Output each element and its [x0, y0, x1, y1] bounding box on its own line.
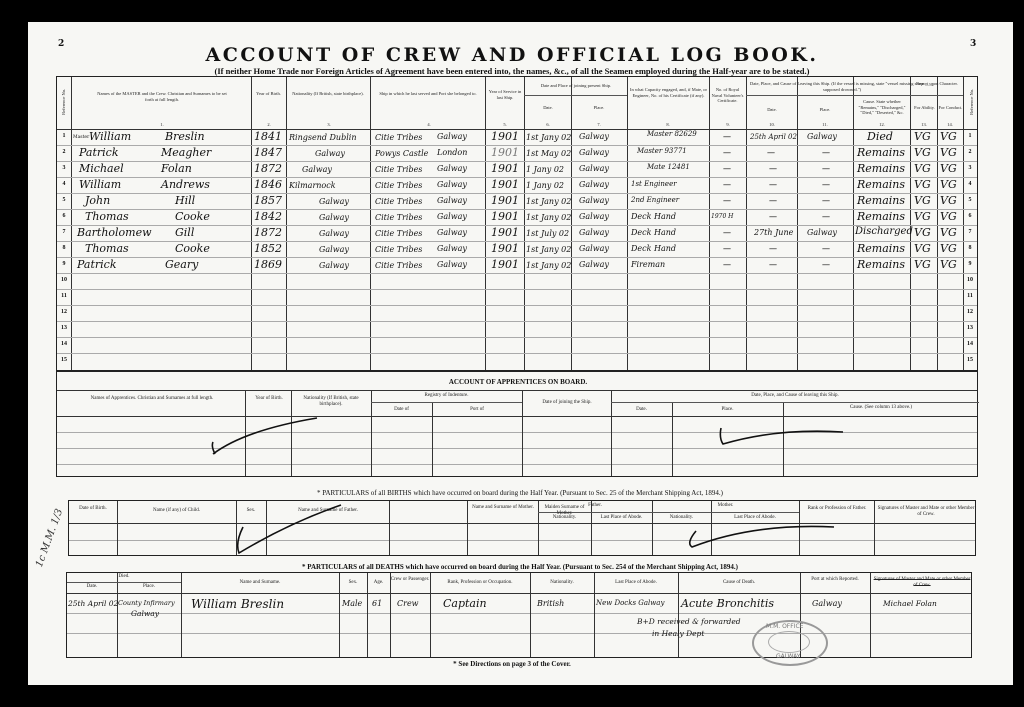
ability-rating: VG — [914, 178, 931, 191]
first-name: Bartholomew — [77, 226, 152, 239]
nationality: Galway — [319, 245, 349, 254]
row-number: 6 — [965, 213, 975, 219]
cause: Discharged — [855, 226, 913, 237]
rnr-number: — — [723, 196, 731, 205]
join-place: Galway — [579, 148, 609, 157]
capacity: Mate 12481 — [647, 163, 690, 171]
row-number: 1 — [59, 133, 69, 139]
join-date: 1st May 02 — [526, 149, 571, 158]
header-birth-date: Date of Birth. — [71, 506, 115, 512]
header-father-rank: Rank or Profession of Father. — [801, 506, 873, 512]
row-number: 11 — [59, 293, 69, 299]
births-table: Date of Birth. Name (if any) of Child. S… — [68, 500, 976, 556]
header-mother-group: Mother. — [652, 503, 799, 509]
year-of-service: 1901 — [491, 146, 519, 159]
cause: Remains — [857, 162, 905, 175]
conduct-rating: VG — [940, 130, 957, 143]
row-number: 4 — [965, 181, 975, 187]
cause: Remains — [857, 194, 905, 207]
header-death-nationality: Nationality. — [530, 580, 594, 586]
crew-or-passenger: Crew — [397, 599, 419, 608]
leave-place: — — [822, 148, 830, 157]
leave-date: — — [769, 260, 777, 269]
cause: Remains — [857, 242, 905, 255]
rnr-number: 1970 H — [711, 213, 733, 220]
death-cause: Acute Bronchitis — [681, 597, 774, 610]
ability-rating: VG — [914, 210, 931, 223]
join-date: 1st Jany 02 — [526, 133, 571, 142]
cancel-stroke-icon — [717, 424, 847, 448]
port: Galway — [437, 244, 467, 253]
nationality: Galway — [315, 149, 345, 158]
join-place: Galway — [579, 212, 609, 221]
row-number: 14 — [965, 341, 975, 347]
year-of-birth: 1857 — [254, 194, 282, 207]
row-number: 2 — [59, 149, 69, 155]
header-names: Names of the MASTER and the Crew. Christ… — [97, 91, 227, 102]
year-of-birth: 1842 — [254, 210, 282, 223]
join-place: Galway — [579, 228, 609, 237]
first-name: John — [85, 194, 110, 207]
header-death-age: Age. — [367, 580, 390, 586]
row-number: 6 — [59, 213, 69, 219]
year-of-service: 1901 — [491, 178, 519, 191]
port: Galway — [437, 132, 467, 141]
header-ability: For Ability. — [912, 105, 937, 111]
death-date: 25th April 02 — [68, 599, 118, 608]
surname: Breslin — [165, 130, 205, 143]
col-number: 6. — [538, 122, 558, 128]
leave-date: 27th June — [754, 228, 793, 237]
header-father-abode: Last Place of Abode. — [591, 515, 652, 521]
conduct-rating: VG — [940, 146, 957, 159]
port: Galway — [437, 228, 467, 237]
year-of-service: 1901 — [491, 210, 519, 223]
join-place: Galway — [579, 260, 609, 269]
surname: Gill — [175, 226, 194, 239]
stamp-bottom-text: GALWAY — [776, 653, 800, 660]
header-apprentice-joining: Date of joining the Ship. — [524, 400, 610, 406]
annotation: B+D received & forwarded — [637, 617, 741, 626]
row-number: 2 — [965, 149, 975, 155]
conduct-rating: VG — [940, 210, 957, 223]
death-place: County Infirmary — [118, 599, 175, 607]
capacity: Deck Hand — [631, 228, 676, 237]
header-death-name: Name and Surname. — [181, 580, 339, 586]
header-death-place: Place. — [117, 584, 181, 590]
row-number: 5 — [965, 197, 975, 203]
leave-date: — — [769, 212, 777, 221]
row-number: 5 — [59, 197, 69, 203]
conduct-rating: VG — [940, 242, 957, 255]
death-port: Galway — [812, 599, 842, 608]
port: Galway — [437, 212, 467, 221]
join-date: 1 Jany 02 — [526, 181, 564, 190]
row-number: 10 — [59, 277, 69, 283]
first-name: Thomas — [85, 210, 129, 223]
leave-date: — — [769, 196, 777, 205]
capacity: Fireman — [631, 260, 665, 269]
header-father-nationality: Nationality. — [538, 515, 591, 521]
leave-place: — — [822, 260, 830, 269]
row-number: 13 — [965, 325, 975, 331]
join-date: 1st Jany 02 — [526, 213, 571, 222]
port: Galway — [437, 196, 467, 205]
last-ship: Citie Tribes — [375, 197, 422, 206]
deceased-sex: Male — [342, 599, 362, 608]
surname: Folan — [161, 162, 192, 175]
footer-note: * See Directions on page 3 of the Cover. — [0, 660, 1024, 668]
first-name: Patrick — [77, 258, 117, 271]
header-registry: Registry of Indenture. — [371, 393, 522, 399]
rnr-number: — — [723, 244, 731, 253]
header-apprentice-leave-place: Place. — [672, 407, 783, 413]
apprentices-table: ACCOUNT OF APPRENTICES ON BOARD. Names o… — [56, 371, 978, 477]
capacity: Deck Hand — [631, 244, 676, 253]
row-number: 15 — [965, 357, 975, 363]
last-ship: Citie Tribes — [375, 213, 422, 222]
rnr-number: — — [723, 228, 731, 237]
leave-place: — — [822, 244, 830, 253]
rnr-number: — — [723, 132, 731, 141]
deceased-age: 61 — [372, 599, 382, 608]
join-date: 1st Jany 02 — [526, 197, 571, 206]
conduct-rating: VG — [940, 194, 957, 207]
col-number: 10. — [762, 122, 782, 128]
col-number: 11. — [815, 122, 835, 128]
row-number: 12 — [59, 309, 69, 315]
year-of-service: 1901 — [491, 226, 519, 239]
first-name: William — [79, 178, 121, 191]
header-reg-date: Date of — [371, 407, 432, 413]
conduct-rating: VG — [940, 226, 957, 239]
header-father-group: Father. — [538, 503, 652, 509]
header-join-place: Place. — [573, 105, 625, 111]
header-joining-group: Date and Place of joining present Ship. — [527, 83, 625, 89]
surname: Cooke — [175, 242, 210, 255]
year-of-service: 1901 — [491, 130, 519, 143]
header-cause: Cause. State whether "Remains," "Dischar… — [855, 99, 909, 116]
deceased-abode: New Docks Galway — [596, 599, 664, 607]
cause: Remains — [857, 146, 905, 159]
join-date: 1 Jany 02 — [526, 165, 564, 174]
leave-date: — — [769, 164, 777, 173]
leave-date: 25th April 02 — [750, 133, 797, 141]
header-death-date: Date. — [67, 584, 117, 590]
deceased-nationality: British — [537, 599, 564, 608]
header-apprentice-names: Names of Apprentices. Christian and Surn… — [67, 396, 237, 402]
col-number: 7. — [589, 122, 609, 128]
row-number: 7 — [59, 229, 69, 235]
conduct-rating: VG — [940, 162, 957, 175]
header-rnr: No. of Royal Naval Volunteer's Certifica… — [710, 87, 745, 104]
join-place: Galway — [579, 196, 609, 205]
rnr-number: — — [723, 148, 731, 157]
join-place: Galway — [579, 180, 609, 189]
row-number: 8 — [59, 245, 69, 251]
header-conduct: For Conduct. — [938, 105, 963, 111]
last-ship: Citie Tribes — [375, 181, 422, 190]
header-nationality: Nationality (If British, state birthplac… — [289, 91, 367, 97]
row-number: 15 — [59, 357, 69, 363]
year-of-birth: 1869 — [254, 258, 282, 271]
header-last-ship: Ship in which he last served and Port sh… — [375, 91, 481, 97]
header-death-cause: Cause of Death. — [678, 580, 800, 586]
cause: Died — [867, 130, 893, 143]
capacity: 1st Engineer — [631, 180, 677, 188]
cause: Remains — [857, 258, 905, 271]
page-subtitle: (If neither Home Trade nor Foreign Artic… — [0, 66, 1024, 76]
capacity: Deck Hand — [631, 212, 676, 221]
first-name: Patrick — [79, 146, 119, 159]
year-of-birth: 1872 — [254, 162, 282, 175]
leave-place: Galway — [807, 228, 837, 237]
col-number: 12. — [872, 122, 892, 128]
nationality: Galway — [319, 197, 349, 206]
conduct-rating: VG — [940, 258, 957, 271]
header-ref-no: Reference No. — [61, 77, 67, 127]
header-capacity: In what Capacity engaged, and, if Mate, … — [630, 87, 707, 98]
ability-rating: VG — [914, 162, 931, 175]
signature: Michael Folan — [883, 599, 937, 608]
leave-place: — — [822, 180, 830, 189]
page-title: ACCOUNT OF CREW AND OFFICIAL LOG BOOK. — [0, 44, 1024, 66]
surname: Hill — [175, 194, 195, 207]
year-of-birth: 1847 — [254, 146, 282, 159]
cause: Remains — [857, 178, 905, 191]
deaths-table: Died. Date. Place. Name and Surname. Sex… — [66, 572, 972, 658]
row-number: 11 — [965, 293, 975, 299]
capacity: Master 82629 — [647, 130, 697, 138]
header-apprentice-leaving: Date, Place, and Cause of leaving this S… — [611, 393, 979, 399]
header-birth-signatures: Signatures of Master and Mate or other M… — [876, 506, 976, 518]
deaths-title: * PARTICULARS of all DEATHS which have o… — [60, 563, 980, 571]
cancel-stroke-icon — [229, 503, 349, 555]
year-of-birth: 1852 — [254, 242, 282, 255]
nationality: Ringsend Dublin — [289, 133, 356, 142]
col-number: 2. — [259, 122, 279, 128]
row-number: 3 — [965, 165, 975, 171]
join-date: 1st July 02 — [526, 229, 569, 238]
join-date: 1st Jany 02 — [526, 245, 571, 254]
first-name: Thomas — [85, 242, 129, 255]
port: London — [437, 148, 467, 157]
master-label: Master — [73, 135, 89, 140]
year-of-birth: 1846 — [254, 178, 282, 191]
leave-date: — — [767, 148, 775, 157]
annotation: in Healy Dept — [652, 629, 704, 638]
row-number: 8 — [965, 245, 975, 251]
header-leaving-group: Date, Place, and Cause of Leaving this S… — [749, 81, 935, 92]
join-date: 1st Jany 02 — [526, 261, 571, 270]
join-place: Galway — [579, 244, 609, 253]
last-ship: Citie Tribes — [375, 133, 422, 142]
join-place: Galway — [579, 132, 609, 141]
nationality: Kilmarnock — [289, 181, 336, 190]
surname: Cooke — [175, 210, 210, 223]
leave-date: — — [769, 244, 777, 253]
cancel-stroke-icon — [684, 521, 844, 551]
leave-place: — — [822, 164, 830, 173]
header-apprentice-leave-date: Date. — [611, 407, 672, 413]
leave-place: — — [822, 212, 830, 221]
deceased-rank: Captain — [443, 597, 487, 610]
last-ship: Citie Tribes — [375, 165, 422, 174]
row-number: 14 — [59, 341, 69, 347]
header-apprentice-year: Year of Birth. — [247, 396, 291, 402]
header-apprentice-nationality: Nationality (If British, state birthplac… — [293, 396, 369, 408]
port: Galway — [437, 164, 467, 173]
surname: Geary — [165, 258, 198, 271]
header-crew-or-passenger: Crew or Passenger. — [390, 577, 430, 583]
row-number: 1 — [965, 133, 975, 139]
col-number: 14. — [940, 122, 960, 128]
nationality: Galway — [319, 229, 349, 238]
year-of-birth: 1872 — [254, 226, 282, 239]
row-number: 7 — [965, 229, 975, 235]
header-reg-port: Port of — [432, 407, 522, 413]
header-year-of-birth: Year of Birth. — [253, 91, 284, 97]
year-of-service: 1901 — [491, 258, 519, 271]
surname: Meagher — [161, 146, 211, 159]
leave-place: — — [822, 196, 830, 205]
cancel-stroke-icon — [205, 416, 325, 458]
last-ship: Powys Castle — [375, 149, 428, 158]
year-of-service: 1901 — [491, 194, 519, 207]
ability-rating: VG — [914, 130, 931, 143]
births-title: * PARTICULARS of all BIRTHS which have o… — [60, 489, 980, 497]
leave-place: Galway — [807, 132, 837, 141]
ability-rating: VG — [914, 258, 931, 271]
first-name: William — [89, 130, 131, 143]
nationality: Galway — [319, 261, 349, 270]
surname: Andrews — [161, 178, 210, 191]
col-number: 3. — [319, 122, 339, 128]
row-number: 4 — [59, 181, 69, 187]
year-of-service: 1901 — [491, 242, 519, 255]
year-of-birth: 1841 — [254, 130, 282, 143]
apprentices-title: ACCOUNT OF APPRENTICES ON BOARD. — [57, 378, 979, 386]
deceased-name: William Breslin — [191, 597, 284, 611]
cause: Remains — [857, 210, 905, 223]
row-number: 9 — [965, 261, 975, 267]
col-number: 8. — [658, 122, 678, 128]
last-ship: Citie Tribes — [375, 229, 422, 238]
header-death-sex: Sex. — [339, 580, 367, 586]
header-mother-name: Name and Surname of Mother. — [469, 505, 537, 511]
col-number: 5. — [495, 122, 515, 128]
crew-table: Reference No. Names of the MASTER and th… — [56, 76, 978, 371]
col-number: 9. — [718, 122, 738, 128]
header-death-signatures: Signatures of Master and Mate or other M… — [872, 577, 972, 589]
header-year-of-service: Year of Service in last Ship. — [487, 89, 523, 100]
header-report-group: Report upon Character. — [912, 81, 962, 87]
header-join-date: Date. — [527, 105, 569, 111]
rnr-number: — — [723, 180, 731, 189]
first-name: Michael — [79, 162, 124, 175]
rnr-number: — — [723, 164, 731, 173]
col-number: 4. — [419, 122, 439, 128]
conduct-rating: VG — [940, 178, 957, 191]
capacity: Master 93771 — [637, 147, 687, 155]
header-leave-date: Date. — [749, 107, 795, 113]
leave-date: — — [769, 180, 777, 189]
ability-rating: VG — [914, 146, 931, 159]
header-died: Died. — [67, 574, 181, 580]
capacity: 2nd Engineer — [631, 196, 679, 204]
row-number: 3 — [59, 165, 69, 171]
ability-rating: VG — [914, 194, 931, 207]
port: Galway — [437, 260, 467, 269]
header-death-abode: Last Place of Abode. — [594, 580, 678, 586]
row-number: 9 — [59, 261, 69, 267]
header-death-rank: Rank, Profession or Occupation. — [430, 580, 530, 586]
join-place: Galway — [579, 164, 609, 173]
row-number: 10 — [965, 277, 975, 283]
nationality: Galway — [302, 165, 332, 174]
header-leave-place: Place. — [799, 107, 851, 113]
header-ref-no-right: Reference No. — [969, 77, 975, 127]
nationality: Galway — [319, 213, 349, 222]
header-death-port: Port at which Reported. — [800, 577, 870, 583]
ability-rating: VG — [914, 242, 931, 255]
header-child-name: Name (if any) of Child. — [119, 508, 234, 514]
row-number: 12 — [965, 309, 975, 315]
rnr-number: — — [723, 260, 731, 269]
row-number: 13 — [59, 325, 69, 331]
last-ship: Citie Tribes — [375, 261, 422, 270]
header-apprentice-cause: Cause. (See column 13 above.) — [783, 405, 979, 411]
year-of-service: 1901 — [491, 162, 519, 175]
col-number: 13. — [914, 122, 934, 128]
death-place-town: Galway — [131, 609, 159, 618]
port: Galway — [437, 180, 467, 189]
ability-rating: VG — [914, 226, 931, 239]
col-number: 1. — [152, 122, 172, 128]
last-ship: Citie Tribes — [375, 245, 422, 254]
stamp-top-text: M.M. OFFICE — [766, 623, 803, 630]
